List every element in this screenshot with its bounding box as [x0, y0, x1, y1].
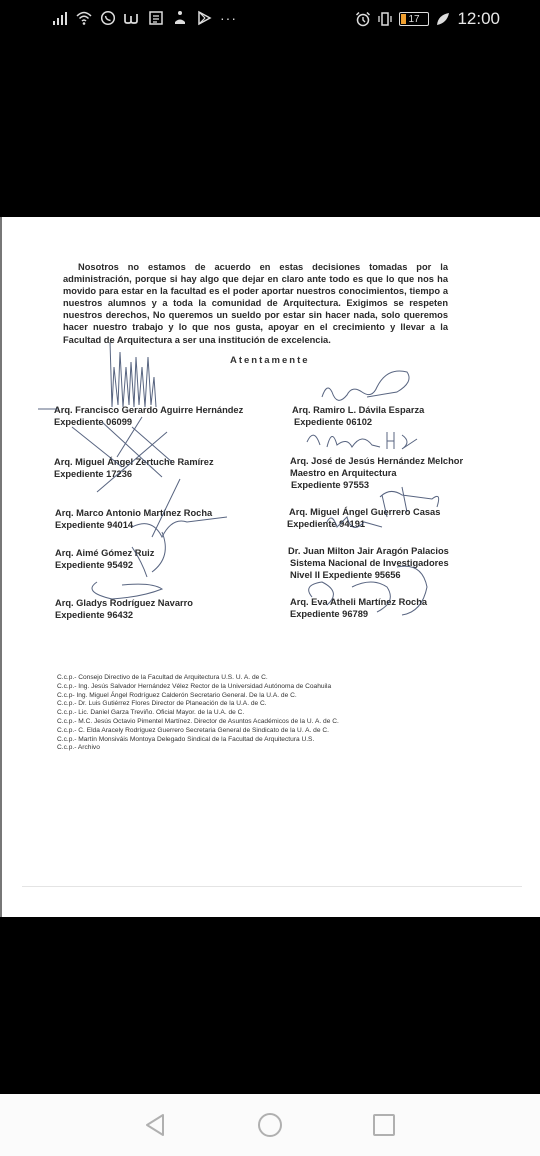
battery-level: 17	[408, 14, 419, 25]
recents-icon[interactable]	[368, 1109, 400, 1141]
whatsapp-icon	[100, 10, 116, 26]
letter-paragraph: Nosotros no estamos de acuerdo en estas …	[63, 261, 448, 346]
vibrate-icon	[377, 11, 393, 27]
signatory-detail: Expediente 96432	[55, 609, 193, 621]
back-icon[interactable]	[139, 1109, 171, 1141]
signatory-right-2: Arq. José de Jesús Hernández Melchor Mae…	[290, 455, 463, 491]
clock: 12:00	[457, 9, 500, 29]
signatory-name: Arq. Aimé Gómez Ruiz	[55, 547, 154, 559]
signatory-name: Dr. Juan Milton Jair Aragón Palacios	[288, 545, 449, 557]
signatory-detail: Maestro en Arquitectura	[290, 467, 463, 479]
signatory-detail: Expediente 06099	[38, 416, 243, 428]
signatory-detail: Expediente 97553	[290, 479, 463, 491]
ccp-item: C.c.p- Ing. Miguel Ángel Rodríguez Calde…	[57, 692, 339, 701]
play-store-icon	[196, 10, 212, 26]
alarm-icon	[355, 11, 371, 27]
app-w-icon	[124, 10, 140, 26]
signatory-detail: Expediente 95492	[55, 559, 154, 571]
signatory-name: Arq. Eva Atheli Martínez Rocha	[290, 596, 427, 608]
ccp-item: C.c.p.- M.C. Jesús Octavio Pimentel Mart…	[57, 718, 339, 727]
more-icon: ···	[220, 10, 237, 26]
leaf-icon	[435, 11, 451, 27]
wifi-icon	[76, 10, 92, 26]
signatory-detail: Expediente 17236	[54, 468, 214, 480]
signatory-detail: Expediente 94014	[55, 519, 212, 531]
signatory-name: Arq. Ramiro L. Dávila Esparza	[292, 404, 424, 416]
signatory-left-2: Arq. Miguel Ángel Zertuche Ramírez Exped…	[54, 456, 214, 480]
signatory-right-3: Arq. Miguel Ángel Guerrero Casas Expedie…	[289, 506, 440, 530]
ccp-item: C.c.p.- Archivo	[57, 744, 339, 753]
ccp-item: C.c.p.- Lic. Daniel Garza Treviño. Ofici…	[57, 709, 339, 718]
signatory-detail: Expediente 96789	[290, 608, 427, 620]
battery-icon: 17	[399, 12, 429, 26]
signatory-left-1: Arq. Francisco Gerardo Aguirre Hernández…	[38, 404, 243, 428]
ccp-item: C.c.p.- Dr. Luis Gutiérrez Flores Direct…	[57, 700, 339, 709]
news-icon	[148, 10, 164, 26]
home-icon[interactable]	[254, 1109, 286, 1141]
closing-text: Atentamente	[230, 355, 310, 366]
page-fold-line	[22, 886, 522, 887]
signatory-detail: Nivel II Expediente 95656	[288, 569, 449, 581]
signatory-name: Arq. Marco Antonio Martínez Rocha	[55, 507, 212, 519]
ccp-item: C.c.p.- Ing. Jesús Salvador Hernández Vé…	[57, 683, 339, 692]
signatory-name: Arq. Gladys Rodríguez Navarro	[55, 597, 193, 609]
signatory-name: Arq. Francisco Gerardo Aguirre Hernández	[38, 404, 243, 416]
status-right-icons: 17 12:00	[355, 9, 500, 29]
ccp-item: C.c.p.- Martín Monsiváis Montoya Delegad…	[57, 736, 339, 745]
status-bar: ··· 17 12:00	[0, 0, 540, 40]
download-icon	[172, 10, 188, 26]
signatory-left-3: Arq. Marco Antonio Martínez Rocha Expedi…	[55, 507, 212, 531]
signatory-left-5: Arq. Gladys Rodríguez Navarro Expediente…	[55, 597, 193, 621]
signatory-name: Arq. Miguel Ángel Guerrero Casas	[289, 506, 440, 518]
status-left-icons: ···	[52, 10, 237, 26]
signatory-detail: Expediente 94191	[287, 518, 440, 530]
signatory-name: Arq. José de Jesús Hernández Melchor	[290, 455, 463, 467]
signatory-detail: Expediente 06102	[292, 416, 424, 428]
ccp-item: C.c.p.- Consejo Directivo de la Facultad…	[57, 674, 339, 683]
ccp-item: C.c.p.- C. Elda Aracely Rodríguez Guerre…	[57, 727, 339, 736]
signal-icon	[52, 10, 68, 26]
signatory-right-4: Dr. Juan Milton Jair Aragón Palacios Sis…	[288, 545, 449, 581]
ccp-list: C.c.p.- Consejo Directivo de la Facultad…	[57, 674, 339, 753]
signatory-name: Arq. Miguel Ángel Zertuche Ramírez	[54, 456, 214, 468]
signatory-left-4: Arq. Aimé Gómez Ruiz Expediente 95492	[55, 547, 154, 571]
signatory-detail: Sistema Nacional de Investigadores	[288, 557, 449, 569]
signatory-right-1: Arq. Ramiro L. Dávila Esparza Expediente…	[292, 404, 424, 428]
document-image[interactable]: Nosotros no estamos de acuerdo en estas …	[0, 217, 540, 917]
signatory-right-5: Arq. Eva Atheli Martínez Rocha Expedient…	[290, 596, 427, 620]
navigation-bar	[0, 1094, 540, 1156]
